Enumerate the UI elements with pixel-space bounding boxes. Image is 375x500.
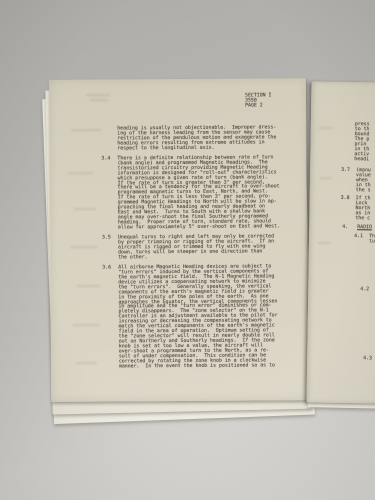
page-header: SECTION I 3550 PAGE 2 <box>245 93 272 108</box>
photo-of-document: { "photo": { "main_page": { "header": "S… <box>0 0 375 500</box>
section-4-title: RADIO <box>357 225 372 230</box>
paragraph-text: heading is usually not objectionable. Im… <box>117 125 337 151</box>
right-page-item-number: 3.7 <box>341 168 350 173</box>
paragraph: 3.5 Unequal turns to right and left may … <box>102 234 338 260</box>
paragraph-number: 3.5 <box>102 235 118 260</box>
right-page-item-number: 4.3 <box>363 356 372 361</box>
section-4-number: 4. <box>342 225 348 230</box>
right-page-item-number: 3.8 <box>341 196 350 201</box>
bleed-through-mark <box>71 129 101 132</box>
paragraph: heading is usually not objectionable. Im… <box>101 125 337 151</box>
page-body: heading is usually not objectionable. Im… <box>101 125 339 374</box>
bleed-through-mark <box>320 177 332 180</box>
bleed-through-mark <box>76 362 97 365</box>
paragraph-number: 3.6 <box>102 265 119 369</box>
bleed-through-mark <box>90 98 108 101</box>
right-page: press to th bound The p prin in th activ… <box>306 81 375 403</box>
bleed-through-mark <box>318 242 331 245</box>
bleed-through-mark <box>68 172 94 175</box>
right-page-paragraph-fragment: press to th bound The p prin in th activ… <box>354 122 369 162</box>
paragraph: 3.4 There is a definite relationship bet… <box>101 155 338 231</box>
right-page-item-number: 4.1 <box>354 234 363 239</box>
paragraph-number: 3.4 <box>101 156 118 230</box>
bleed-through-mark <box>73 324 100 327</box>
bleed-through-mark <box>74 208 96 211</box>
paragraph: 3.6 All airborne Magnetic Heading device… <box>102 264 339 370</box>
bleed-through-mark <box>70 246 98 249</box>
bleed-through-mark <box>319 127 333 130</box>
bleed-through-mark <box>76 285 100 288</box>
main-page: SECTION I 3550 PAGE 2 heading is usually… <box>49 78 308 402</box>
bleed-through-mark <box>86 93 110 96</box>
paragraph-text: There is a definite relationship between… <box>117 155 338 231</box>
right-page-item-text: The r tuned <box>369 234 375 244</box>
right-page-item-text: (manu value when in th the s <box>356 168 371 193</box>
paragraph-text: Unequal turns to right and left may only… <box>118 234 338 260</box>
paragraph-number <box>101 126 117 151</box>
paragraph-text: All airborne Magnetic Heading devices ar… <box>118 264 339 370</box>
right-page-item-number: 4.2 <box>360 287 369 292</box>
right-page-item-text: If th Lock North as in the c <box>355 196 370 221</box>
